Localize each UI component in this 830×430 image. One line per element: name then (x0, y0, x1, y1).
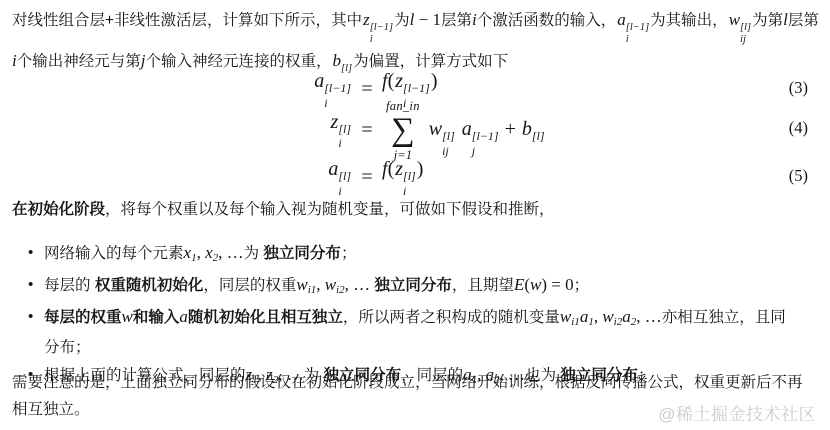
math-var-sub: a1 (580, 307, 594, 326)
text-run: 网络输入的每个元素 (44, 245, 184, 262)
bold-text: 每层的权重 (44, 309, 122, 326)
math-var-sub: wi1 (560, 307, 580, 326)
text-run: ； (574, 277, 590, 294)
equation-number: (4) (789, 118, 808, 138)
text-run: ； (341, 245, 357, 262)
math-var-supsub: a[l−1]j (462, 118, 499, 158)
list-item: •每层的 权重随机初始化，同层的权重wi1, wi2, … 独立同分布，且期望E… (28, 272, 796, 303)
list-item: •网络输入的每个元素x1, x2, …为 独立同分布； (28, 240, 796, 271)
list-item-content: 每层的权重w和输入a随机初始化且相互独立，所以两者之积构成的随机变量wi1a1,… (44, 304, 796, 361)
math-var: a (179, 307, 188, 326)
bold-text: 独立同分布 (374, 277, 452, 294)
equation-lhs: a[l]i (327, 158, 352, 198)
math-op: ) = 0 (541, 275, 573, 294)
sum-upper-bound: fan_in (386, 100, 420, 113)
init-paragraph: 在初始化阶段，将每个权重以及每个输入视为随机变量，可做如下假设和推断， (12, 198, 822, 222)
intro-paragraph: 对线性组合层+非线性激活层，计算如下所示，其中z[l−1]i为l − 1层第i个… (12, 5, 822, 76)
math-op: − 1 (414, 10, 441, 29)
text-run: 为其输出， (650, 12, 728, 29)
math-op: , … (218, 243, 244, 262)
sigma-glyph: ∑ (391, 114, 415, 147)
equation-number: (5) (789, 166, 808, 186)
equation-rhs: fan_in∑j=1w[l]ija[l−1]j + b[l] (382, 100, 546, 161)
text-run: 对线性组合层+非线性激活层，计算如下所示，其中 (12, 12, 362, 29)
bold-text: 在初始化阶段 (12, 201, 105, 218)
math-var-supsub: a[l−1]i (617, 5, 649, 46)
text-run: 为 (244, 245, 264, 262)
math-op: ) (431, 70, 438, 92)
math-op: , … (636, 307, 662, 326)
text-run: ，将每个权重以及每个输入视为随机变量，可做如下假设和推断， (105, 201, 555, 218)
equation-row: a[l]i=f(z[l]i)(5) (0, 158, 830, 194)
math-var-supsub: w[l]ij (429, 118, 455, 158)
math-var-supsub: a[l]i (328, 158, 351, 198)
text-run: 层第 (441, 12, 472, 29)
math-var-supsub: b[l] (522, 118, 545, 144)
math-var-sub: wi1 (296, 275, 316, 294)
equals-sign: = (352, 166, 382, 189)
summation-symbol: fan_in∑j=1 (386, 100, 420, 161)
document-page: 对线性组合层+非线性激活层，计算如下所示，其中z[l−1]i为l − 1层第i个… (0, 0, 830, 430)
bullet-icon: • (28, 272, 44, 303)
watermark: @稀土掘金技术社区 (658, 400, 816, 425)
list-item-content: 每层的 权重随机初始化，同层的权重wi1, wi2, … 独立同分布，且期望E(… (44, 272, 796, 303)
math-var-sub: x1 (184, 243, 197, 262)
math-op: , … (345, 275, 375, 294)
math-op: ) (417, 158, 424, 180)
list-item: •每层的权重w和输入a随机初始化且相互独立，所以两者之积构成的随机变量wi1a1… (28, 304, 796, 361)
math-op: + (500, 118, 521, 140)
bold-text: 和输入 (133, 309, 180, 326)
equals-sign: = (352, 119, 382, 142)
math-var-sub: wi2 (325, 275, 345, 294)
text-run: 个激活函数的输入， (477, 12, 617, 29)
equation-rhs: f(z[l]i) (382, 158, 423, 198)
bold-text: 权重随机初始化 (95, 277, 204, 294)
equation-row: z[l]i=fan_in∑j=1w[l]ija[l−1]j + b[l](4) (0, 100, 830, 156)
text-run: 每层的 (44, 277, 95, 294)
bold-text: 随机初始化且相互独立 (188, 309, 343, 326)
equation-number: (3) (789, 78, 808, 98)
equals-sign: = (352, 78, 382, 101)
math-var: w (530, 275, 541, 294)
math-var-sub: wi2 (602, 307, 622, 326)
text-run: 为偏置，计算方式如下 (353, 53, 508, 70)
text-run: ，且期望 (452, 277, 514, 294)
list-item-content: 网络输入的每个元素x1, x2, …为 独立同分布； (44, 240, 796, 271)
text-run: 个输出神经元与第 (17, 53, 141, 70)
math-var-supsub: w[l]ij (729, 5, 751, 46)
text-run: ，所以两者之积构成的随机变量 (343, 309, 560, 326)
text-run: 层第 (788, 12, 819, 29)
math-var-sub: a2 (622, 307, 636, 326)
text-run: 为第 (752, 12, 783, 29)
math-var-supsub: z[l−1]i (363, 5, 393, 46)
text-run: 为 (394, 12, 410, 29)
math-op: , (197, 243, 206, 262)
math-var-supsub: z[l]i (395, 158, 415, 198)
text-run: ，同层的权重 (203, 277, 296, 294)
bold-text: 独立同分布 (263, 245, 341, 262)
math-var: E (514, 275, 524, 294)
text-run: 个输入神经元连接的权重， (145, 53, 331, 70)
math-var-supsub: z[l]i (331, 111, 351, 151)
equation-lhs: z[l]i (330, 111, 352, 151)
bullet-icon: • (28, 240, 44, 271)
bullet-icon: • (28, 304, 44, 361)
math-op: ( (388, 70, 395, 92)
math-var-sub: x2 (205, 243, 218, 262)
math-var: w (122, 307, 133, 326)
math-op: , (316, 275, 325, 294)
math-op: ( (388, 158, 395, 180)
